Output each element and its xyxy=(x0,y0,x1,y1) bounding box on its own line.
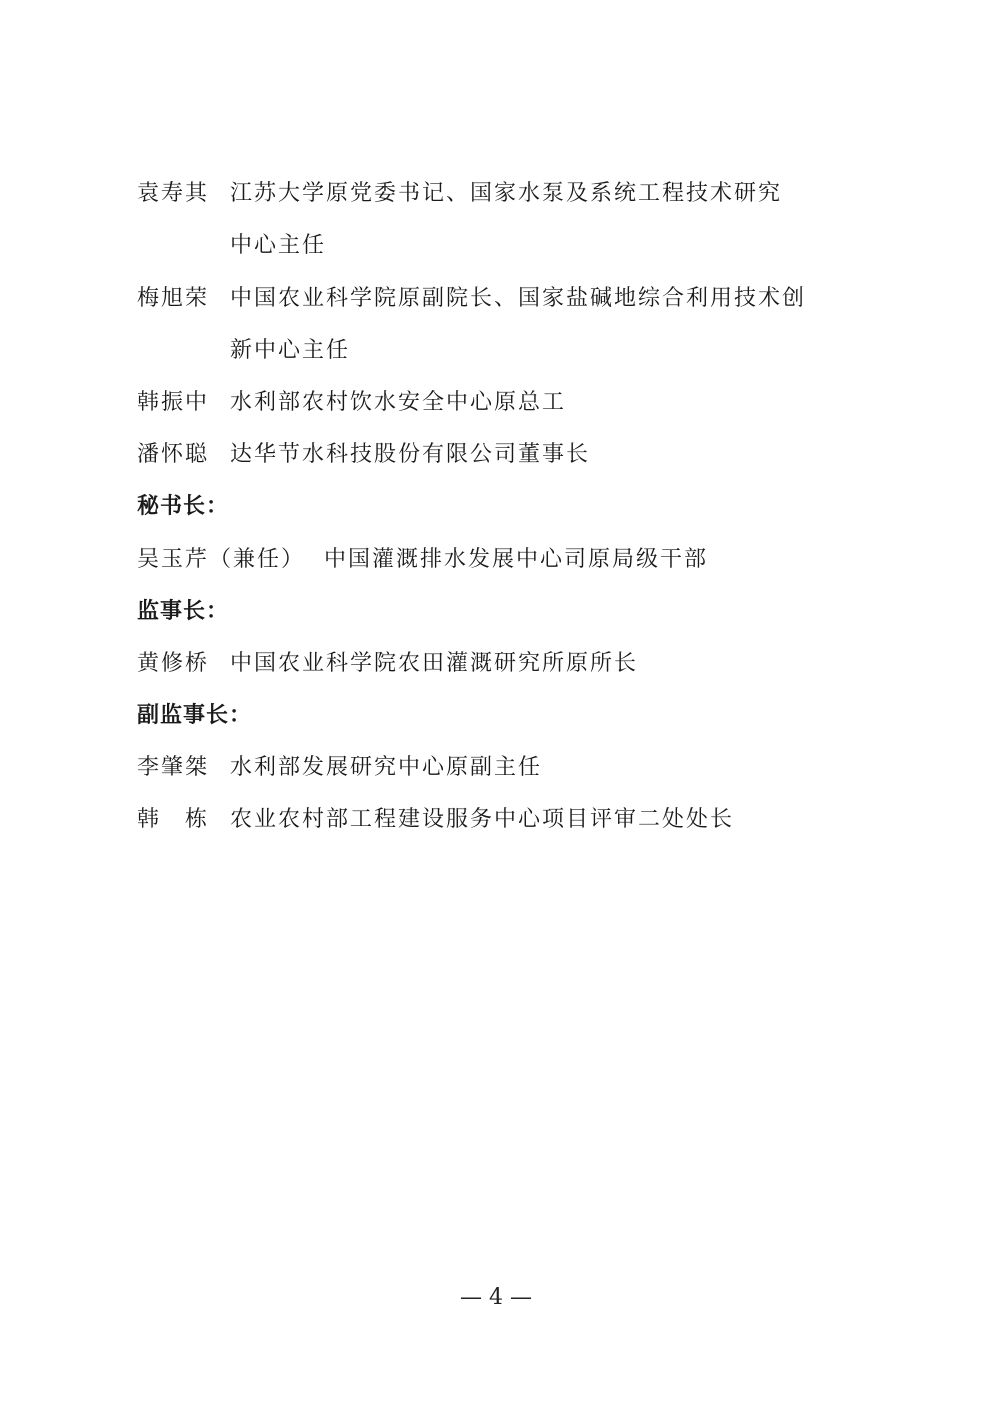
member-entry: 黄修桥中国农业科学院农田灌溉研究所原所长 xyxy=(137,649,638,679)
member-entry: 潘怀聪达华节水科技股份有限公司董事长 xyxy=(137,440,590,470)
member-name: 潘怀聪 xyxy=(137,440,230,470)
member-name: 吴玉芹（兼任） xyxy=(137,545,324,575)
member-entry: 袁寿其江苏大学原党委书记、国家水泵及系统工程技术研究 xyxy=(137,179,782,209)
member-title: 中国农业科学院农田灌溉研究所原所长 xyxy=(230,649,638,679)
member-name: 李肇桀 xyxy=(137,753,230,783)
member-name: 袁寿其 xyxy=(137,179,230,209)
member-title: 水利部发展研究中心原副主任 xyxy=(230,753,542,783)
member-name: 黄修桥 xyxy=(137,649,230,679)
member-name: 韩 栋 xyxy=(137,805,230,835)
section-heading-supervisor: 监事长： xyxy=(137,597,229,627)
member-entry: 韩 栋农业农村部工程建设服务中心项目评审二处处长 xyxy=(137,805,734,835)
member-title-continued: 新中心主任 xyxy=(230,336,350,366)
member-entry: 梅旭荣中国农业科学院原副院长、国家盐碱地综合利用技术创 xyxy=(137,284,806,314)
member-title: 农业农村部工程建设服务中心项目评审二处处长 xyxy=(230,805,734,835)
member-title: 中国农业科学院原副院长、国家盐碱地综合利用技术创 xyxy=(230,284,806,314)
section-heading-vice-supervisors: 副监事长： xyxy=(137,701,252,731)
member-name: 韩振中 xyxy=(137,388,230,418)
member-entry: 韩振中水利部农村饮水安全中心原总工 xyxy=(137,388,566,418)
member-title: 达华节水科技股份有限公司董事长 xyxy=(230,440,590,470)
section-heading-secretary-general: 秘书长： xyxy=(137,492,229,522)
member-title-continued: 中心主任 xyxy=(230,231,326,261)
member-entry: 吴玉芹（兼任）中国灌溉排水发展中心司原局级干部 xyxy=(137,545,708,575)
member-entry: 李肇桀水利部发展研究中心原副主任 xyxy=(137,753,542,783)
member-name: 梅旭荣 xyxy=(137,284,230,314)
member-title: 水利部农村饮水安全中心原总工 xyxy=(230,388,566,418)
member-title: 江苏大学原党委书记、国家水泵及系统工程技术研究 xyxy=(230,179,782,209)
page-number: — 4 — xyxy=(0,1285,992,1310)
member-title: 中国灌溉排水发展中心司原局级干部 xyxy=(324,545,708,575)
document-page: 袁寿其江苏大学原党委书记、国家水泵及系统工程技术研究 中心主任 梅旭荣中国农业科… xyxy=(0,0,992,1403)
